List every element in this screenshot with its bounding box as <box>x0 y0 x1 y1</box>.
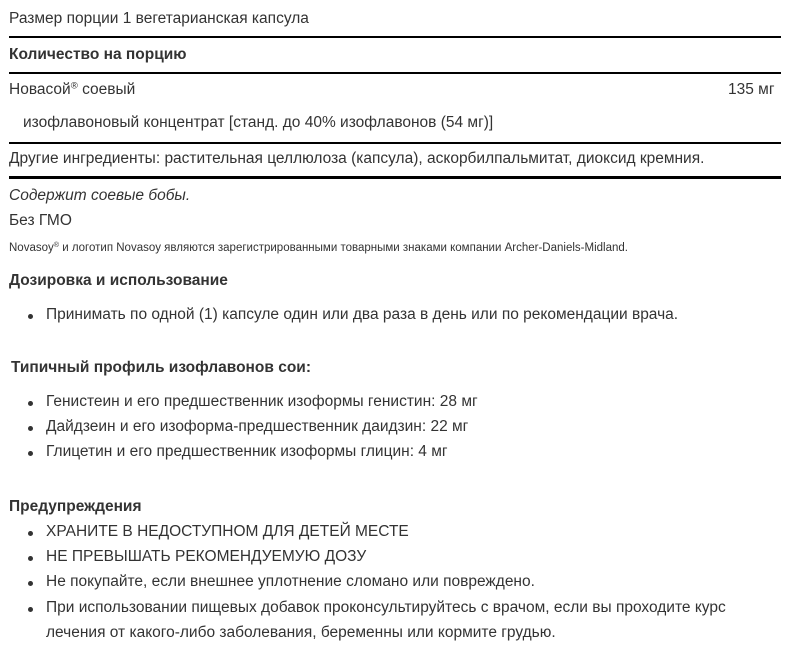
warning-item: При использовании пищевых добавок прокон… <box>46 599 726 617</box>
warnings-heading: Предупреждения <box>9 498 142 516</box>
bullet-icon <box>28 531 33 536</box>
allergen-note: Содержит соевые бобы. <box>9 187 190 205</box>
warning-item: НЕ ПРЕВЫШАТЬ РЕКОМЕНДУЕМУЮ ДОЗУ <box>46 548 366 566</box>
dosage-item: Принимать по одной (1) капсуле один или … <box>46 306 678 324</box>
serving-size: Размер порции 1 вегетарианская капсула <box>9 10 309 28</box>
trademark-brand: Novasoy <box>9 242 54 254</box>
table-bottom-rule <box>9 176 781 179</box>
registered-mark: ® <box>71 81 78 92</box>
isoflavone-item: Дайдзеин и его изоформа-предшественник д… <box>46 418 468 436</box>
table-divider <box>9 142 781 144</box>
trademark-note: Novasoy® и логотип Novasoy являются заре… <box>9 242 628 254</box>
isoflavone-item: Генистеин и его предшественник изоформы … <box>46 393 478 411</box>
dosage-heading: Дозировка и использование <box>9 272 228 290</box>
isoflavone-item: Глицетин и его предшественник изоформы г… <box>46 443 448 461</box>
warning-item: Не покупайте, если внешнее уплотнение сл… <box>46 573 535 591</box>
table-divider <box>9 36 781 38</box>
bullet-icon <box>28 607 33 612</box>
ingredient-name-text: Новасой <box>9 81 71 98</box>
bullet-icon <box>28 314 33 319</box>
isoflavone-profile-heading: Типичный профиль изофлавонов сои: <box>11 359 311 377</box>
ingredient-name: Новасой® соевый <box>9 81 135 99</box>
bullet-icon <box>28 581 33 586</box>
ingredient-name-rest: соевый <box>78 81 136 98</box>
warning-item: ХРАНИТЕ В НЕДОСТУПНОМ ДЛЯ ДЕТЕЙ МЕСТЕ <box>46 523 409 541</box>
bullet-icon <box>28 451 33 456</box>
other-ingredients: Другие ингредиенты: растительная целлюло… <box>9 150 704 168</box>
warning-item-continued: лечения от какого-либо заболевания, бере… <box>46 624 556 642</box>
bullet-icon <box>28 426 33 431</box>
bullet-icon <box>28 401 33 406</box>
ingredient-amount: 135 мг <box>728 81 774 99</box>
ingredient-detail: изофлавоновый концентрат [станд. до 40% … <box>23 114 493 132</box>
non-gmo-note: Без ГМО <box>9 212 72 230</box>
table-divider <box>9 72 781 74</box>
amount-per-serving-heading: Количество на порцию <box>9 46 187 64</box>
bullet-icon <box>28 556 33 561</box>
trademark-text: и логотип Novasoy являются зарегистриров… <box>59 242 628 254</box>
